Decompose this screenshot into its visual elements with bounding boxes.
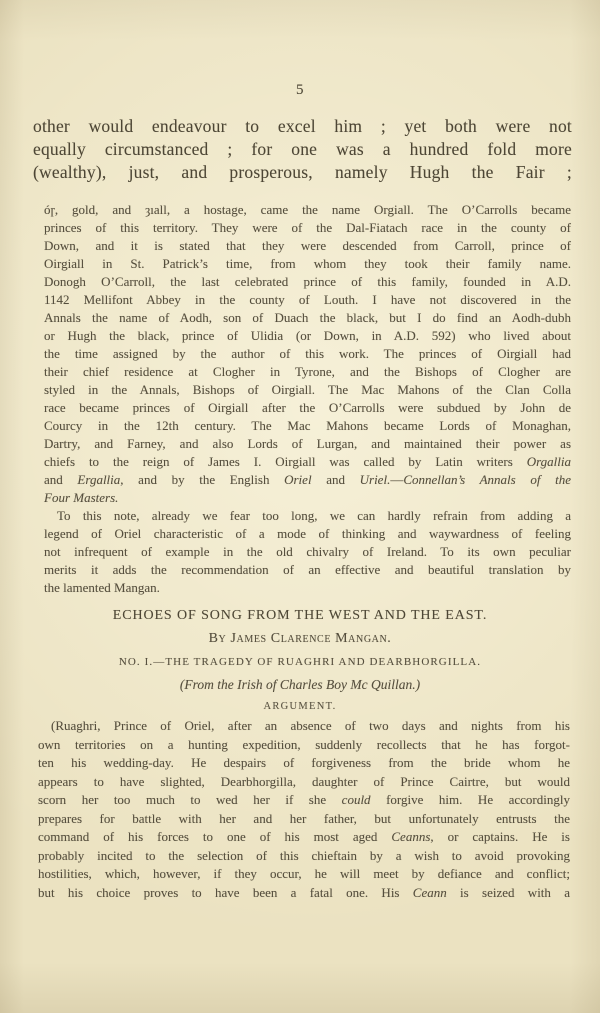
text-line: Four Masters.	[44, 489, 571, 507]
text-line: own territories on a hunting expedition,…	[38, 736, 570, 755]
text-line: appears to have slighted, Dearbhorgilla,…	[38, 773, 570, 792]
emphasized-text: Oriel	[284, 472, 311, 487]
text-line: Dartry, and Farney, and also Lords of Lu…	[44, 435, 571, 453]
text-line: scorn her too much to wed her if she cou…	[38, 791, 570, 810]
text-line: 1142 Mellifont Abbey in the county of Lo…	[44, 291, 571, 309]
poem-number-title: NO. I.—THE TRAGEDY OF RUAGHRI AND DEARBH…	[0, 655, 600, 670]
emphasized-text: Ceann	[413, 885, 447, 900]
argument-paragraph: (Ruaghri, Prince of Oriel, after an abse…	[38, 717, 570, 902]
text-line: (Ruaghri, Prince of Oriel, after an abse…	[38, 717, 570, 736]
section-title: ECHOES OF SONG FROM THE WEST AND THE EAS…	[0, 606, 600, 625]
emphasized-text: Ceanns	[391, 829, 430, 844]
text-line: ten his wedding-day. He despairs of forg…	[38, 754, 570, 773]
text-line: Annals the name of Aodh, son of Duach th…	[44, 309, 571, 327]
text-line: command of his forces to one of his most…	[38, 828, 570, 847]
text-line: probably incited to the selection of thi…	[38, 847, 570, 866]
byline: By James Clarence Mangan.	[0, 629, 600, 648]
text-line: race became princes of Oirgiall after th…	[44, 399, 571, 417]
emphasized-text: Ergallia	[77, 472, 120, 487]
footnote-paragraph-1: óɼ, gold, and ȝıall, a hostage, came the…	[44, 201, 571, 507]
footnote: óɼ, gold, and ȝıall, a hostage, came the…	[44, 201, 571, 597]
text-line: prepares for battle with her and her fat…	[38, 810, 570, 829]
emphasized-text: Four Masters.	[44, 490, 118, 505]
text-line: Oirgiall in St. Patrick’s time, from who…	[44, 255, 571, 273]
footnote-paragraph-2: To this note, already we fear too long, …	[44, 507, 571, 597]
emphasized-text: could	[342, 792, 371, 807]
text-line: princes of this territory. They were of …	[44, 219, 571, 237]
text-line: (wealthy), just, and prosperous, namely …	[33, 161, 572, 184]
text-line: Donogh O’Carroll, the last celebrated pr…	[44, 273, 571, 291]
text-line: hostilities, which, however, if they occ…	[38, 865, 570, 884]
text-line: merits it adds the recommendation of an …	[44, 561, 571, 579]
text-line: the lamented Mangan.	[44, 579, 571, 597]
text-line: not infrequent of example in the old chi…	[44, 543, 571, 561]
text-line: equally circumstanced ; for one was a hu…	[33, 138, 572, 161]
text-line: or Hugh the black, prince of Ulidia (or …	[44, 327, 571, 345]
main-paragraph: other would endeavour to excel him ; yet…	[33, 115, 572, 184]
text-line: chiefs to the reign of James I. Oirgiall…	[44, 453, 571, 471]
text-line: styled in the Annals, Bishops of Oirgial…	[44, 381, 571, 399]
emphasized-text: Connellan’s Annals of the	[403, 472, 571, 487]
text-line: óɼ, gold, and ȝıall, a hostage, came the…	[44, 201, 571, 219]
text-line: legend of Oriel characteristic of a mode…	[44, 525, 571, 543]
text-line: other would endeavour to excel him ; yet…	[33, 115, 572, 138]
emphasized-text: Uriel.	[360, 472, 391, 487]
text-line: and Ergallia, and by the English Oriel a…	[44, 471, 571, 489]
argument-label: ARGUMENT.	[0, 700, 600, 714]
text-line: To this note, already we fear too long, …	[44, 507, 571, 525]
scanned-book-page: 5 other would endeavour to excel him ; y…	[0, 0, 600, 1013]
text-line: the time assigned by the author of this …	[44, 345, 571, 363]
page-number: 5	[0, 80, 600, 100]
text-line: Down, and it is stated that they were de…	[44, 237, 571, 255]
emphasized-text: Orgallia	[527, 454, 571, 469]
text-line: Courcy in the 12th century. The Mac Maho…	[44, 417, 571, 435]
text-line: their chief residence at Clogher in Tyro…	[44, 363, 571, 381]
text-line: but his choice proves to have been a fat…	[38, 884, 570, 903]
source-attribution: (From the Irish of Charles Boy Mc Quilla…	[0, 676, 600, 694]
